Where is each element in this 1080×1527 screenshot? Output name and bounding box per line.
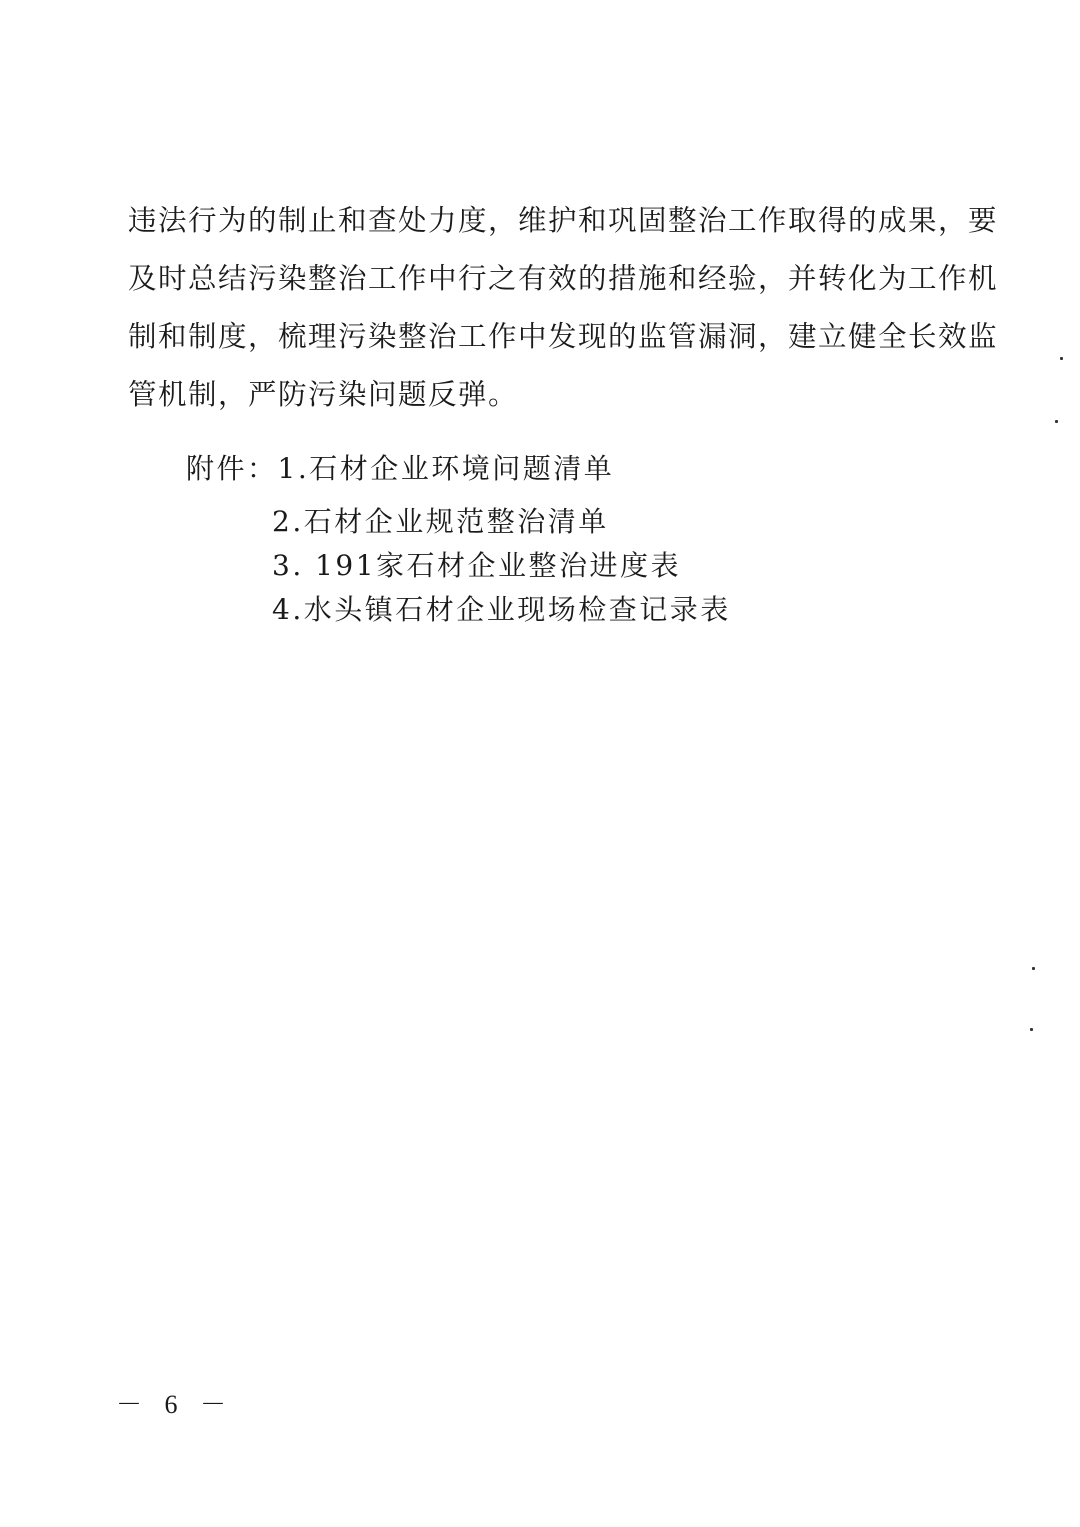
- attachment-item: 附件：1.石材企业环境问题清单: [186, 442, 614, 496]
- scan-speck: [1055, 420, 1058, 423]
- paragraph-line: 及时总结污染整治工作中行之有效的措施和经验，并转化为工作机: [128, 250, 968, 308]
- attachments-label: 附件：: [186, 452, 278, 485]
- page-number: － 6 －: [116, 1384, 234, 1421]
- body-paragraph: 违法行为的制止和查处力度，维护和巩固整治工作取得的成果，要 及时总结污染整治工作…: [128, 192, 968, 424]
- scan-speck: [1032, 967, 1035, 970]
- attachments-list: 附件：1.石材企业环境问题清单 2.石材企业规范整治清单 3. 191家石材企业…: [186, 442, 614, 496]
- attachment-item-text: 1.石材企业环境问题清单: [278, 452, 615, 485]
- scan-speck: [1060, 357, 1063, 360]
- attachment-item: 3. 191家石材企业整治进度表: [272, 544, 681, 588]
- paragraph-line: 管机制，严防污染问题反弹。: [128, 366, 968, 424]
- document-page: 违法行为的制止和查处力度，维护和巩固整治工作取得的成果，要 及时总结污染整治工作…: [0, 0, 1080, 1527]
- paragraph-line: 制和制度，梳理污染整治工作中发现的监管漏洞，建立健全长效监: [128, 308, 968, 366]
- attachment-item: 4.水头镇石材企业现场检查记录表: [272, 588, 731, 632]
- paragraph-line: 违法行为的制止和查处力度，维护和巩固整治工作取得的成果，要: [128, 192, 968, 250]
- attachment-item: 2.石材企业规范整治清单: [272, 500, 609, 544]
- scan-speck: [1030, 1028, 1033, 1031]
